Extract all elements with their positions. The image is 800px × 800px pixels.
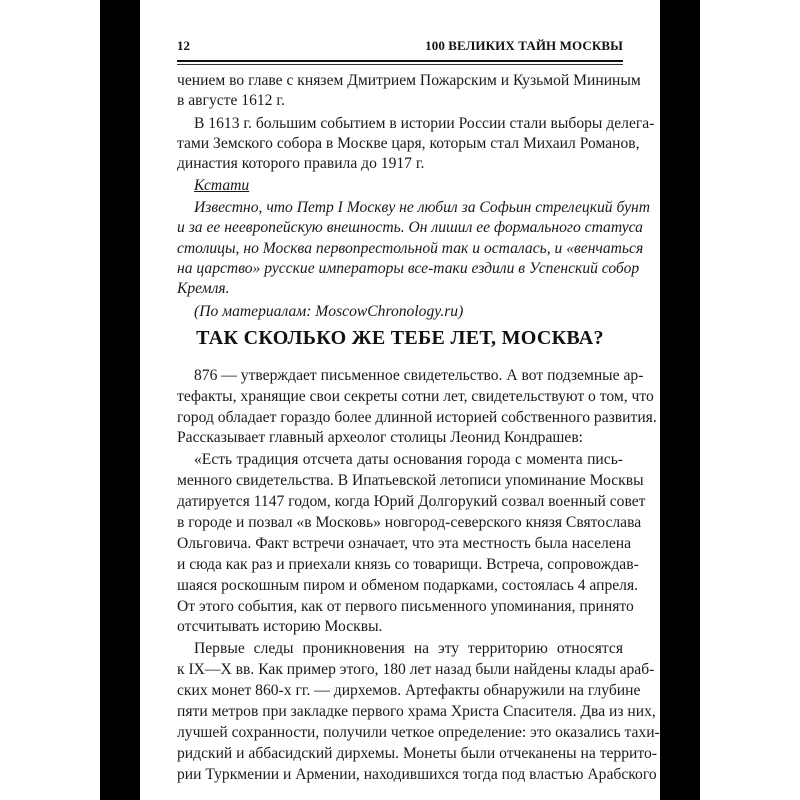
- text-line: «Есть традиция отсчета даты основания го…: [177, 450, 623, 470]
- text-line: рии Туркмении и Армении, находившихся то…: [177, 765, 623, 785]
- text-line: тами Земского собора в Москве царя, кото…: [177, 134, 623, 154]
- scan-border-left: [100, 0, 140, 800]
- text-line: в августе 1612 г.: [177, 91, 623, 111]
- section-heading: ТАК СКОЛЬКО ЖЕ ТЕБЕ ЛЕТ, МОСКВА?: [177, 327, 623, 350]
- text-line: От этого события, как от первого письмен…: [177, 597, 623, 617]
- text-line: Первые следы проникновения на эту террит…: [177, 639, 623, 659]
- text-line: датируется 1147 годом, когда Юрий Долгор…: [177, 492, 623, 512]
- sidebar-label: Кстати: [194, 176, 249, 196]
- header-rule-thin: [177, 64, 623, 65]
- text-line: пяти метров при закладке первого храма Х…: [177, 702, 623, 722]
- text-line: Ольговича. Факт встречи означает, что эт…: [177, 534, 623, 554]
- sidebar-line: на царство» русские императоры все-таки …: [177, 259, 623, 279]
- text-line: и сюда как раз и приехали князь со товар…: [177, 555, 623, 575]
- sidebar-source: (По материалам: MoscowChronology.ru): [177, 302, 623, 322]
- sidebar-line: Кремля.: [177, 279, 623, 299]
- text-line: Рассказывает главный археолог столицы Ле…: [177, 428, 623, 448]
- text-line: тефакты, хранящие свои секреты сотни лет…: [177, 387, 623, 407]
- page-number: 12: [177, 38, 190, 54]
- sidebar-line: Известно, что Петр I Москву не любил за …: [177, 198, 623, 218]
- text-line: лучшей сохранности, получили четкое опре…: [177, 723, 623, 743]
- book-title: 100 ВЕЛИКИХ ТАЙН МОСКВЫ: [425, 38, 623, 54]
- text-line: династия которого правила до 1917 г.: [177, 154, 623, 174]
- text-line: менного свидетельства. В Ипатьевской лет…: [177, 471, 623, 491]
- text-line: в городе и позвал «в Московь» новгород-с…: [177, 513, 623, 533]
- text-line: 876 — утверждает письменное свидетельств…: [177, 366, 623, 386]
- text-line: отсчитывать историю Москвы.: [177, 617, 623, 637]
- text-line: ских монет 860-х гг. — дирхемов. Артефак…: [177, 681, 623, 701]
- text-line: ридский и аббасидский дирхемы. Монеты бы…: [177, 744, 623, 764]
- text-line: к IX—X вв. Как пример этого, 180 лет наз…: [177, 660, 623, 680]
- text-line: шаяся роскошным пиром и обменом подаркам…: [177, 576, 623, 596]
- book-page: 12 100 ВЕЛИКИХ ТАЙН МОСКВЫ чением во гла…: [140, 0, 660, 800]
- sidebar-line: столицы, но Москва первопрестольной так …: [177, 239, 623, 259]
- running-head: 12 100 ВЕЛИКИХ ТАЙН МОСКВЫ: [177, 38, 623, 58]
- scan-border-right: [660, 0, 700, 800]
- header-rule-thick: [177, 60, 623, 62]
- sidebar-line: и за ее неевропейскую внешность. Он лиши…: [177, 218, 623, 238]
- text-line: В 1613 г. большим событием в истории Рос…: [177, 114, 623, 134]
- text-line: город обладает гораздо более длинной ист…: [177, 408, 623, 428]
- text-line: чением во главе с князем Дмитрием Пожарс…: [177, 71, 623, 91]
